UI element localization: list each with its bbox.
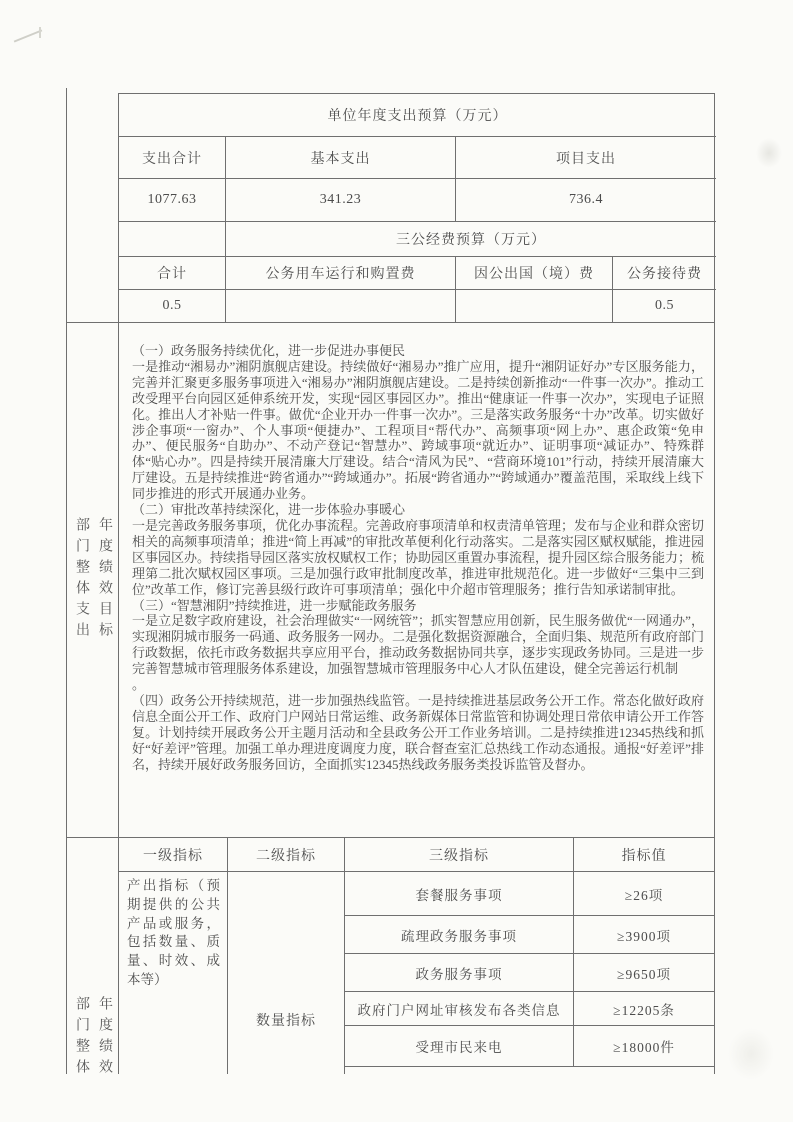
empty-cell <box>119 222 226 257</box>
indicator-value: ≥26项 <box>574 872 714 915</box>
goal-section-2: （二）审批改革持续深化，进一步体验办事暖心 一是完善政务服务事项，优化办事流程。… <box>132 502 704 597</box>
goal-section-body: 一是立足数字政府建设，社会治理做实“一网统管”；抓实智慧应用创新，民生服务做优“… <box>132 613 704 677</box>
budget-table-title: 单位年度支出预算（万元） <box>119 94 716 137</box>
indicator-name: 套餐服务事项 <box>345 872 574 915</box>
value-project-expenditure: 736.4 <box>456 179 716 222</box>
goal-section-4: （四）政务公开持续规范，进一步加强热线监管。一是持续推进基层政务公开工作。常态化… <box>132 693 704 773</box>
table-row: 受理市民来电 ≥18000件 <box>345 1026 714 1067</box>
row-label-performance-goals: 部门整体支出 年度绩效目标 <box>67 323 118 837</box>
col-header-official-car: 公务用车运行和购置费 <box>226 257 456 290</box>
table-row: 套餐服务事项 ≥26项 <box>345 872 714 916</box>
indicator-value: ≥3900项 <box>574 916 714 953</box>
row-label-col2: 年度绩效目标 <box>94 996 114 1074</box>
indicator-name: 受理市民来电 <box>345 1026 574 1066</box>
three-public-funds-title: 三公经费预算（万元） <box>226 222 716 257</box>
row-label-performance-goals-continued: 部门整体支出 年度绩效目标 <box>67 838 118 1074</box>
goal-section-heading: （二）审批改革持续深化，进一步体验办事暖心 <box>132 502 704 518</box>
scan-smudge <box>728 1028 774 1080</box>
indicator-name: 疏理政务服务事项 <box>345 916 574 953</box>
col-header-tp-total: 合计 <box>119 257 226 290</box>
indicator-name: 政务服务事项 <box>345 954 574 991</box>
indicator-table: 一级指标 二级指标 三级指标 指标值 产出指标（预期提供的公共产品或服务，包括数… <box>118 838 715 1074</box>
value-tp-total: 0.5 <box>119 290 226 322</box>
col-header-indicator-value: 指标值 <box>574 838 714 872</box>
level2-indicator-cell: 数量指标 <box>228 872 345 1074</box>
goal-section-heading: （三）“智慧湘阴”持续推进，进一步赋能政务服务 <box>132 598 704 614</box>
table-row: 政务服务事项 ≥9650项 <box>345 954 714 992</box>
col-header-basic-expenditure: 基本支出 <box>226 137 456 179</box>
table-row: 政府门户网址审核发布各类信息 ≥12205条 <box>345 992 714 1026</box>
goal-section-body: 一是推动“湘易办”湘阴旗舰店建设。持续做好“湘易办”推广应用，提升“湘阴证好办”… <box>132 359 704 502</box>
level1-indicator-cell: 产出指标（预期提供的公共产品或服务，包括数量、质量、时效、成本等） <box>119 872 228 1074</box>
goal-section-heading: （一）政务服务持续优化，进一步促进办事便民 <box>132 343 704 359</box>
budget-table: 单位年度支出预算（万元） 支出合计 基本支出 项目支出 1077.63 341.… <box>118 93 715 323</box>
col-header-project-expenditure: 项目支出 <box>456 137 716 179</box>
row-label-col1: 部门整体支出 <box>71 517 91 643</box>
goal-section-1: （一）政务服务持续优化，进一步促进办事便民 一是推动“湘易办”湘阴旗舰店建设。持… <box>132 343 704 502</box>
performance-goals-text-cell: （一）政务服务持续优化，进一步促进办事便民 一是推动“湘易办”湘阴旗舰店建设。持… <box>118 323 715 837</box>
goal-section-3-trailing-period: 。 <box>132 677 704 693</box>
indicator-value: ≥12205条 <box>574 992 714 1025</box>
row-label-col1: 部门整体支出 <box>71 996 91 1074</box>
scanned-document-page: 单位年度支出预算（万元） 支出合计 基本支出 项目支出 1077.63 341.… <box>0 0 793 1122</box>
indicator-name: 政府门户网址审核发布各类信息 <box>345 992 574 1025</box>
row-label-col2: 年度绩效目标 <box>94 517 114 643</box>
col-header-level1-indicator: 一级指标 <box>119 838 228 872</box>
goal-section-3: （三）“智慧湘阴”持续推进，进一步赋能政务服务 一是立足数字政府建设，社会治理做… <box>132 598 704 678</box>
scan-artifact-corner-mark <box>13 27 49 45</box>
indicator-value: ≥9650项 <box>574 954 714 991</box>
value-official-reception: 0.5 <box>613 290 716 322</box>
col-header-level3-indicator: 三级指标 <box>345 838 574 872</box>
table-row: 疏理政务服务事项 ≥3900项 <box>345 916 714 954</box>
value-expenditure-total: 1077.63 <box>119 179 226 222</box>
col-header-expenditure-total: 支出合计 <box>119 137 226 179</box>
goal-section-body: （四）政务公开持续规范，进一步加强热线监管。一是持续推进基层政务公开工作。常态化… <box>132 693 704 773</box>
indicator-rows: 套餐服务事项 ≥26项 疏理政务服务事项 ≥3900项 政务服务事项 ≥9650… <box>345 872 714 1067</box>
scan-smudge <box>756 138 782 168</box>
indicator-table-header: 一级指标 二级指标 三级指标 指标值 <box>119 838 714 872</box>
col-header-overseas-trips: 因公出国（境）费 <box>456 257 613 290</box>
value-basic-expenditure: 341.23 <box>226 179 456 222</box>
indicator-value: ≥18000件 <box>574 1026 714 1066</box>
value-overseas-trips <box>456 290 613 322</box>
goal-section-body: 。 <box>132 677 704 693</box>
goal-section-body: 一是完善政务服务事项，优化办事流程。完善政府事项清单和权责清单管理；发布与企业和… <box>132 518 704 598</box>
col-header-level2-indicator: 二级指标 <box>228 838 345 872</box>
value-official-car <box>226 290 456 322</box>
col-header-official-reception: 公务接待费 <box>613 257 716 290</box>
